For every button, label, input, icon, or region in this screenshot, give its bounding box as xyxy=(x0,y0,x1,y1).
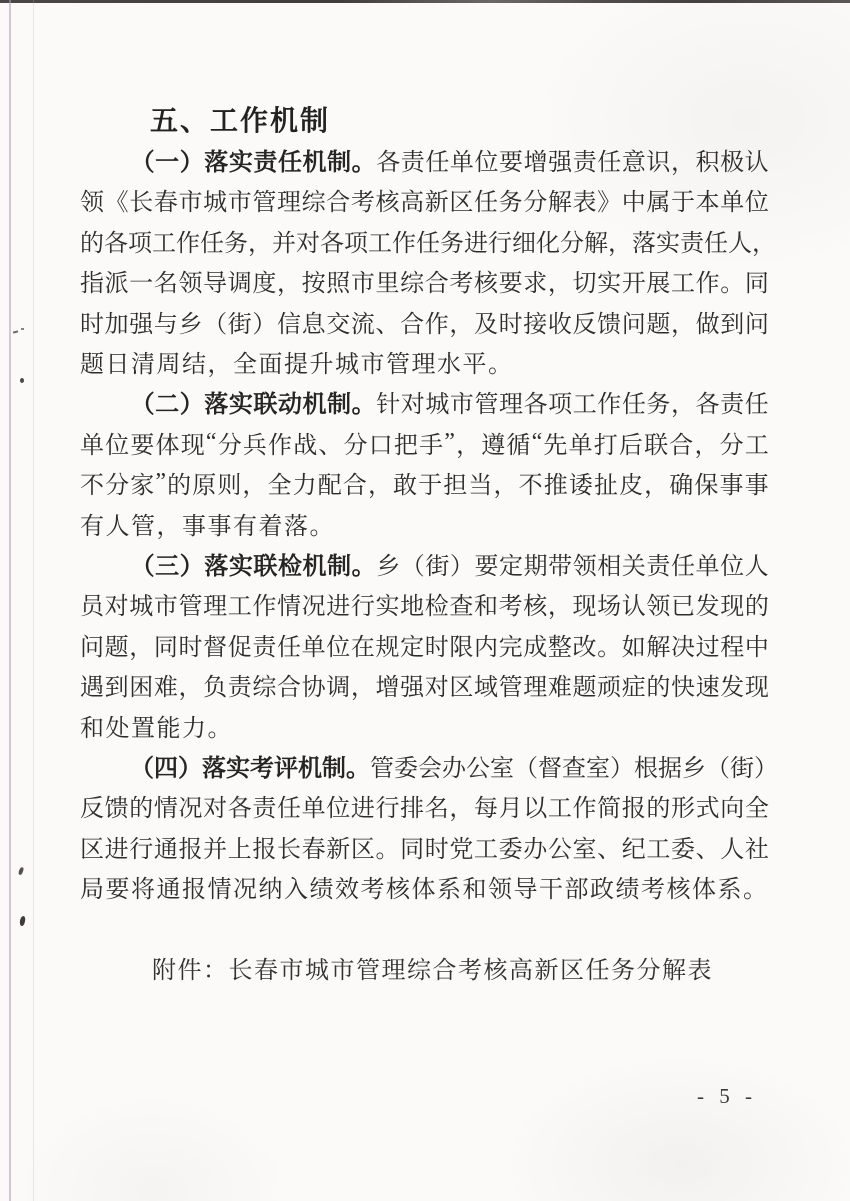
text-line: 时加强与乡（街）信息交流、合作，及时接收反馈问题，做到问 xyxy=(80,301,769,341)
document-body: 五、工作机制 （一）落实责任机制。各责任单位要增强责任意识，积极认领《长春市城市… xyxy=(80,99,769,988)
page-number: - 5 - xyxy=(697,1084,757,1109)
text-line: 单位要体现“分兵作战、分口把手”，遵循“先单打后联合，分工 xyxy=(80,422,769,462)
scan-left-edge-line-faint xyxy=(33,0,34,1201)
text-line: （二）落实联动机制。针对城市管理各项工作任务，各责任 xyxy=(80,382,769,422)
scanned-document-page: { "heading": "五、工作机制", "paragraphs": [ {… xyxy=(0,0,850,1201)
text-line: 问题，同时督促责任单位在规定时限内完成整改。如解决过程中 xyxy=(80,624,769,664)
ink-speck xyxy=(13,330,18,333)
ink-speck xyxy=(19,916,26,927)
text-line: 题日清周结，全面提升城市管理水平。 xyxy=(80,341,769,381)
paragraph: （二）落实联动机制。针对城市管理各项工作任务，各责任单位要体现“分兵作战、分口把… xyxy=(80,382,769,544)
text-line: 的各项工作任务，并对各项工作任务进行细化分解，落实责任人， xyxy=(80,220,769,260)
text-line: 员对城市管理工作情况进行实地检查和考核，现场认领已发现的 xyxy=(80,584,769,624)
attachment-line: 附件：长春市城市管理综合考核高新区任务分解表 xyxy=(80,947,769,987)
section-heading: 五、工作机制 xyxy=(80,99,769,139)
text-line: 区进行通报并上报长春新区。同时党工委办公室、纪工委、人社 xyxy=(80,826,769,866)
paragraph: （三）落实联检机制。乡（街）要定期带领相关责任单位人员对城市管理工作情况进行实地… xyxy=(80,543,769,745)
text-line: 领《长春市城市管理综合考核高新区任务分解表》中属于本单位 xyxy=(80,180,769,220)
paragraph: （一）落实责任机制。各责任单位要增强责任意识，积极认领《长春市城市管理综合考核高… xyxy=(80,139,769,381)
ink-speck xyxy=(18,867,24,876)
paragraph-container: （一）落实责任机制。各责任单位要增强责任意识，积极认领《长春市城市管理综合考核高… xyxy=(80,139,769,906)
text-line: 指派一名领导调度，按照市里综合考核要求，切实开展工作。同 xyxy=(80,261,769,301)
text-line: （四）落实考评机制。管委会办公室（督查室）根据乡（街） xyxy=(80,745,769,785)
scan-top-edge xyxy=(0,0,850,3)
text-line: 遇到困难，负责综合协调，增强对区域管理难题顽症的快速发现 xyxy=(80,664,769,704)
text-line: 不分家”的原则，全力配合，敢于担当，不推诿扯皮，确保事事 xyxy=(80,463,769,503)
text-line: 有人管，事事有着落。 xyxy=(80,503,769,543)
text-line: （三）落实联检机制。乡（街）要定期带领相关责任单位人 xyxy=(80,543,769,583)
ink-speck xyxy=(21,328,24,330)
text-line: 和处置能力。 xyxy=(80,705,769,745)
text-line: （一）落实责任机制。各责任单位要增强责任意识，积极认 xyxy=(80,139,769,179)
text-line: 局要将通报情况纳入绩效考核体系和领导干部政绩考核体系。 xyxy=(80,866,769,906)
paragraph: （四）落实考评机制。管委会办公室（督查室）根据乡（街）反馈的情况对各责任单位进行… xyxy=(80,745,769,907)
ink-speck xyxy=(20,378,24,383)
scan-left-edge-line xyxy=(9,0,11,1201)
text-line: 反馈的情况对各责任单位进行排名，每月以工作简报的形式向全 xyxy=(80,786,769,826)
